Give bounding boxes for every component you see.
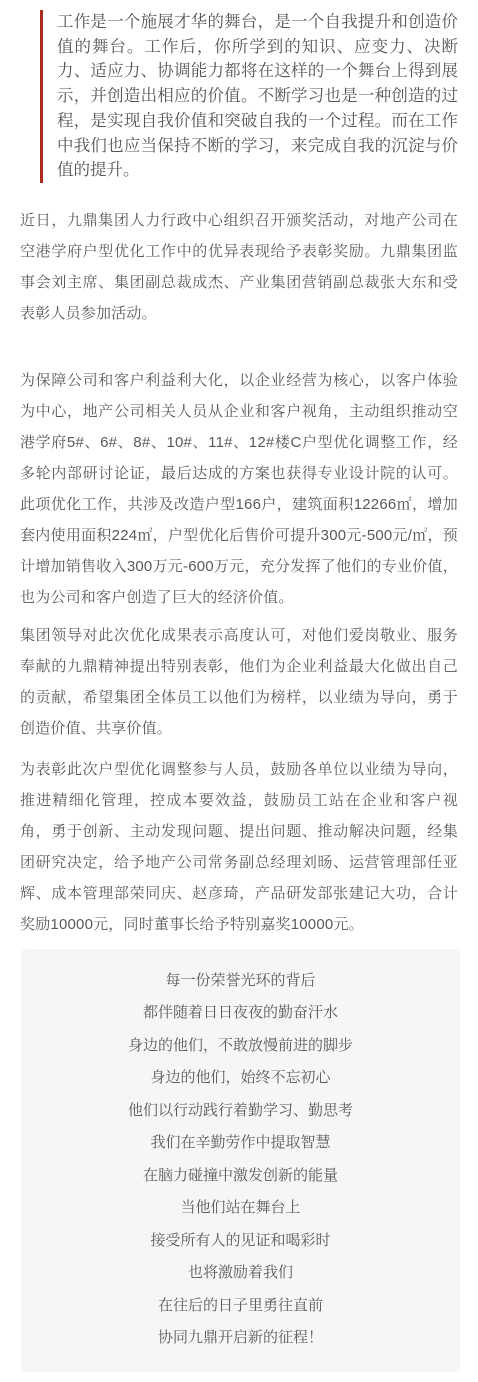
poem-line: 身边的他们，不敢放慢前进的脚步: [31, 1030, 450, 1063]
poem-line: 在往后的日子里勇往直前: [31, 1290, 450, 1323]
poem-line: 身边的他们，始终不忘初心: [31, 1062, 450, 1095]
poem-line: 当他们站在舞台上: [31, 1192, 450, 1225]
article-page: 工作是一个施展才华的舞台，是一个自我提升和创造价值的舞台。工作后，你所学到的知识…: [0, 0, 478, 1382]
paragraph-reward-decision: 为表彰此次户型优化调整参与人员，鼓励各单位以业绩为导向，推进精细化管理，控成本要…: [20, 754, 458, 940]
poem-line: 在脑力碰撞中激发创新的能量: [31, 1160, 450, 1193]
poem-line: 我们在辛勤劳作中提取智慧: [31, 1127, 450, 1160]
poem-line: 也将激励着我们: [31, 1257, 450, 1290]
paragraph-optimization-detail: 为保障公司和客户利益利大化，以企业经营为核心，以客户体验为中心，地产公司相关人员…: [20, 365, 458, 613]
poem-line: 接受所有人的见证和喝彩时: [31, 1225, 450, 1258]
paragraph-leadership-praise: 集团领导对此次优化成果表示高度认可，对他们爱岗敬业、服务奉献的九鼎精神提出特别表…: [20, 620, 458, 744]
paragraph-news-lead: 近日，九鼎集团人力行政中心组织召开颁奖活动，对地产公司在空港学府户型优化工作中的…: [20, 205, 458, 329]
poem-line: 协同九鼎开启新的征程！: [31, 1322, 450, 1355]
quote-block: 工作是一个施展才华的舞台，是一个自我提升和创造价值的舞台。工作后，你所学到的知识…: [40, 10, 458, 183]
poem-line: 都伴随着日日夜夜的勤奋汗水: [31, 997, 450, 1030]
poem-line: 每一份荣誉光环的背后: [31, 965, 450, 998]
poem-line: 他们以行动践行着勤学习、勤思考: [31, 1095, 450, 1128]
quote-text: 工作是一个施展才华的舞台，是一个自我提升和创造价值的舞台。工作后，你所学到的知识…: [43, 10, 458, 183]
poem-box: 每一份荣誉光环的背后 都伴随着日日夜夜的勤奋汗水 身边的他们，不敢放慢前进的脚步…: [21, 949, 460, 1372]
